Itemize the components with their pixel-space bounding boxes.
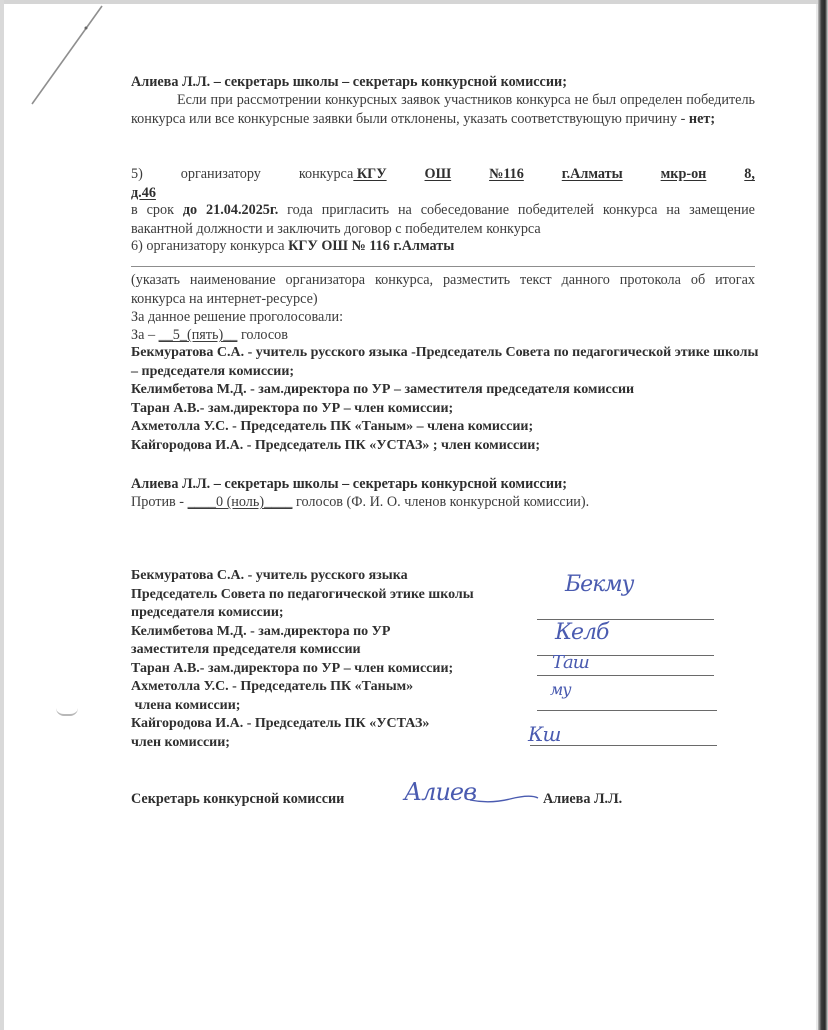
signatory-4-line-2: члена комиссии; — [131, 697, 531, 716]
item-5-org-w4: г.Алматы — [562, 165, 623, 184]
voter-2: Келимбетова М.Д. - зам.директора по УР –… — [131, 381, 761, 400]
document-page — [4, 4, 816, 1030]
votes-against-suffix: голосов (Ф. И. О. членов конкурсной коми… — [292, 494, 589, 510]
signatory-5-line-1: Кайгородова И.А. - Председатель ПК «УСТА… — [131, 715, 531, 734]
item-5-org-w3: №116 — [489, 165, 524, 184]
secretary-line-top: Алиева Л.Л. – секретарь школы – секретар… — [131, 73, 755, 92]
signature-1: Бекму — [565, 572, 633, 597]
votes-for: За – __5_(пять)__ голосов — [131, 326, 755, 345]
votes-for-suffix: голосов — [237, 327, 288, 343]
item-5-org-w2: ОШ — [425, 165, 452, 184]
signatory-3-line-1: Таран А.В.- зам.директора по УР – член к… — [131, 660, 531, 679]
votes-for-prefix: За – — [131, 327, 159, 343]
signatory-5-line-2: член комиссии; — [131, 734, 531, 753]
signature-line-4 — [537, 710, 717, 711]
votes-for-value: __5_(пять)__ — [159, 327, 238, 343]
item-6-org: КГУ ОШ № 116 г.Алматы — [288, 238, 454, 254]
signatory-1-line-1: Бекмуратова С.А. - учитель русского язык… — [131, 567, 531, 586]
secretary-line-bottom: Алиева Л.Л. – секретарь школы – секретар… — [131, 475, 755, 494]
item-5-word2: конкурса КГУ — [299, 165, 387, 184]
item-5: 5) организатору конкурса КГУ ОШ №116 г.А… — [131, 165, 755, 202]
secretary-signoff-label: Секретарь конкурсной комиссии — [131, 790, 391, 809]
instruction-paragraph: (указать наименование организатора конку… — [131, 271, 755, 308]
secretary-signature-tail — [470, 790, 540, 804]
signatory-1-line-2: Председатель Совета по педагогической эт… — [131, 586, 531, 605]
deadline-prefix: в срок — [131, 202, 183, 218]
voter-3: Таран А.В.- зам.директора по УР – член к… — [131, 400, 761, 419]
page-right-shadow — [818, 0, 828, 1030]
votes-against-prefix: Против - — [131, 494, 188, 510]
deadline-date: до 21.04.2025г. — [183, 202, 278, 218]
item-6: 6) организатору конкурса КГУ ОШ № 116 г.… — [131, 237, 755, 256]
item-5-org-w6: 8, — [744, 165, 755, 184]
signature-5: Кш — [528, 722, 560, 746]
item-6-prefix: 6) организатору конкурса — [131, 238, 288, 254]
signature-3: Таш — [552, 652, 589, 673]
voters-for-list: Бекмуратова С.А. - учитель русского язык… — [131, 344, 761, 455]
signatory-2-line-1: Келимбетова М.Д. - зам.директора по УР — [131, 623, 531, 642]
votes-against: Против - ____0 (ноль)____ голосов (Ф. И.… — [131, 493, 755, 512]
signatory-2-line-2: заместителя председателя комиссии — [131, 641, 531, 660]
signatory-1-line-3: председателя комиссии; — [131, 604, 531, 623]
secretary-signoff-name: Алиева Л.Л. — [543, 790, 663, 809]
secretary-signature: Алиев — [404, 778, 476, 806]
item-5-row: 5) организатору конкурса КГУ ОШ №116 г.А… — [131, 165, 755, 184]
signatory-block: Бекмуратова С.А. - учитель русского язык… — [131, 567, 531, 752]
deadline-paragraph: в срок до 21.04.2025г. года пригласить н… — [131, 201, 755, 238]
pen-stroke-mark — [14, 0, 104, 110]
voter-4: Ахметолла У.С. - Председатель ПК «Таным»… — [131, 418, 761, 437]
signature-line-3 — [537, 675, 714, 676]
no-winner-answer: нет; — [689, 111, 715, 127]
signature-2: Келб — [555, 620, 608, 645]
no-winner-text: Если при рассмотрении конкурсных заявок … — [131, 92, 755, 127]
item-5-org-w5: мкр-он — [661, 165, 707, 184]
item-5-num: 5) — [131, 165, 143, 184]
signatory-4-line-1: Ахметолла У.С. - Председатель ПК «Таным» — [131, 678, 531, 697]
voter-1: Бекмуратова С.А. - учитель русского язык… — [131, 344, 761, 381]
no-winner-clause: Если при рассмотрении конкурсных заявок … — [131, 91, 755, 128]
voter-5: Кайгородова И.А. - Председатель ПК «УСТА… — [131, 437, 761, 456]
fill-in-line — [131, 266, 755, 267]
item-5-org-house: д.46 — [131, 185, 156, 201]
signature-4: му — [550, 680, 571, 699]
item-5-word1: организатору — [181, 165, 261, 184]
votes-against-value: ____0 (ноль)____ — [188, 494, 293, 510]
voted-heading: За данное решение проголосовали: — [131, 308, 755, 327]
